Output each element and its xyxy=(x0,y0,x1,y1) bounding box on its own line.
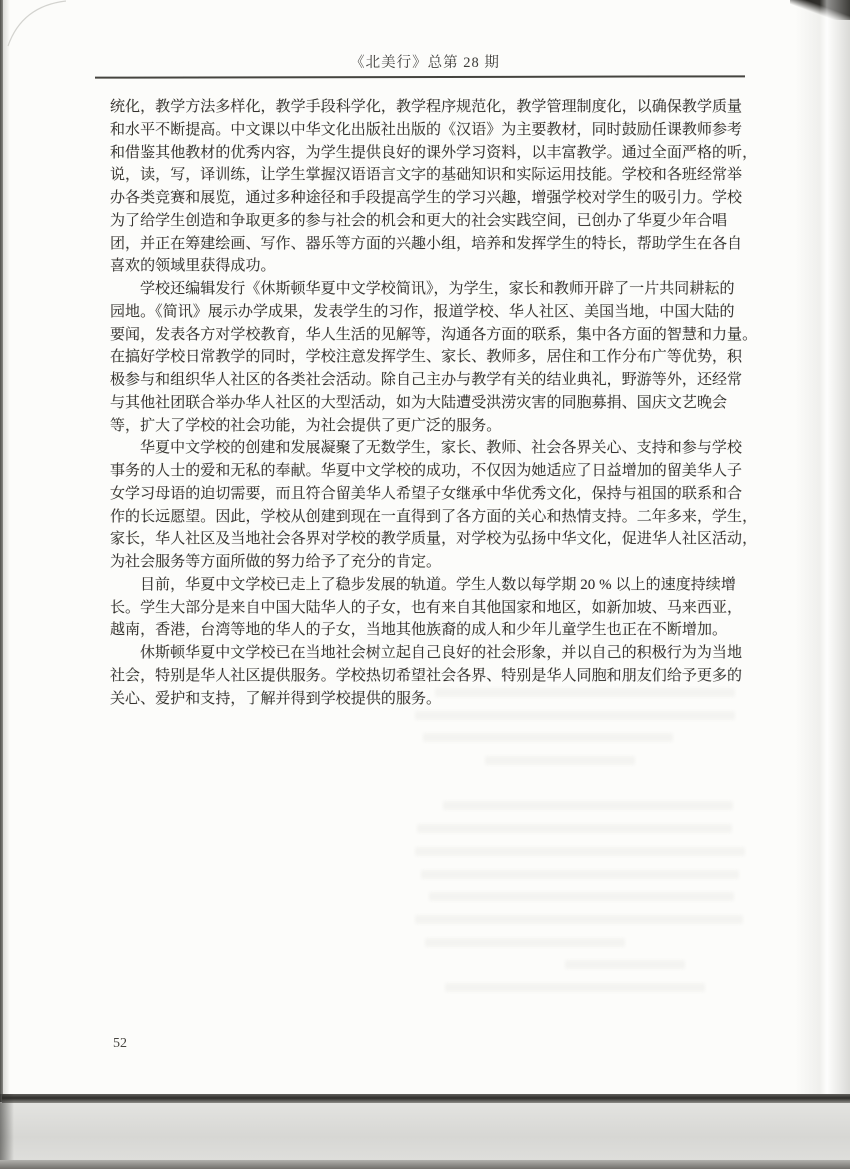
text-line: 作的长远愿望。因此，学校从创建到现在一直得到了各方面的关心和热情支持。二年多来，… xyxy=(110,506,746,529)
text-line: 办各类竞赛和展览，通过多种途径和手段提高学生的学习兴趣，增强学校对学生的吸引力。… xyxy=(110,187,746,210)
text-line: 统化，教学方法多样化，教学手段科学化，教学程序规范化，教学管理制度化，以确保教学… xyxy=(110,96,746,119)
text-line: 在搞好学校日常教学的同时，学校注意发挥学生、家长、教师多，居住和工作分布广等优势… xyxy=(110,346,746,369)
text-line: 为社会服务等方面所做的努力给予了充分的肯定。 xyxy=(110,551,746,574)
text-line: 极参与和组织华人社区的各类社会活动。除自己主办与教学有关的结业典礼，野游等外，还… xyxy=(110,369,746,392)
page-number: 52 xyxy=(113,1036,127,1052)
page: 《北美行》总第 28 期 统化，教学方法多样化，教学手段科学化，教学程序规范化，… xyxy=(0,0,850,1169)
paragraph: 目前，华夏中文学校已走上了稳步发展的轨道。学生人数以每学期 20 % 以上的速度… xyxy=(110,574,746,642)
text-line: 喜欢的领域里获得成功。 xyxy=(110,255,746,278)
text-line: 休斯顿华夏中文学校已在当地社会树立起自己良好的社会形象，并以自己的积极行为为当地 xyxy=(110,642,746,665)
header-divider-rule xyxy=(95,75,745,78)
text-line: 家长，华人社区及当地社会各界对学校的教学质量，对学校为弘扬中华文化，促进华人社区… xyxy=(110,528,746,551)
text-line: 等，扩大了学校的社会功能，为社会提供了更广泛的服务。 xyxy=(110,415,746,438)
text-line: 女学习母语的迫切需要，而且符合留美华人希望子女继承中华优秀文化，保持与祖国的联系… xyxy=(110,483,746,506)
text-line: 团，并正在筹建绘画、写作、器乐等方面的兴趣小组，培养和发挥学生的特长，帮助学生在… xyxy=(110,233,746,256)
text-line: 园地。《简讯》展示办学成果，发表学生的习作，报道学校、华人社区、美国当地，中国大… xyxy=(110,301,746,324)
article-body: 统化，教学方法多样化，教学手段科学化，教学程序规范化，教学管理制度化，以确保教学… xyxy=(110,96,746,710)
text-line: 和借鉴其他教材的优秀内容，为学生提供良好的课外学习资料，以丰富教学。通过全面严格… xyxy=(110,142,746,165)
text-line: 长。学生大部分是来自中国大陆华人的子女，也有来自其他国家和地区，如新加坡、马来西… xyxy=(110,597,746,620)
scan-corner-crease xyxy=(2,0,82,50)
bleedthrough-text-ghost xyxy=(415,688,760,1018)
text-line: 越南，香港，台湾等地的华人的子女，当地其他族裔的成人和少年儿童学生也正在不断增加… xyxy=(110,619,746,642)
text-line: 学校还编辑发行《休斯顿华夏中文学校简讯》，为学生，家长和教师开辟了一片共同耕耘的 xyxy=(110,278,746,301)
text-line: 社会，特别是华人社区提供服务。学校热切希望社会各界、特别是华人同胞和朋友们给予更… xyxy=(110,665,746,688)
text-line: 与其他社团联合举办华人社区的大型活动，如为大陆遭受洪涝灾害的同胞募捐、国庆文艺晚… xyxy=(110,392,746,415)
scan-right-shade xyxy=(795,0,850,1102)
paragraph: 统化，教学方法多样化，教学手段科学化，教学程序规范化，教学管理制度化，以确保教学… xyxy=(110,96,746,278)
scan-bottom-left-shadow xyxy=(0,1094,14,1169)
text-line: 事务的人士的爱和无私的奉献。华夏中文学校的成功，不仅因为她适应了日益增加的留美华… xyxy=(110,460,746,483)
text-line: 要闻，发表各方对学校教育，华人生活的见解等，沟通各方面的联系，集中各方面的智慧和… xyxy=(110,324,746,347)
scanner-background-band xyxy=(0,1103,850,1160)
scan-left-edge-shadow xyxy=(3,0,10,1102)
text-line: 为了给学生创造和争取更多的参与社会的机会和更大的社会实践空间，已创办了华夏少年合… xyxy=(110,210,746,233)
text-line: 和水平不断提高。中文课以中华文化出版社出版的《汉语》为主要教材，同时鼓励任课教师… xyxy=(110,119,746,142)
text-line: 华夏中文学校的创建和发展凝聚了无数学生，家长、教师、社会各界关心、支持和参与学校 xyxy=(110,437,746,460)
journal-header-title: 《北美行》总第 28 期 xyxy=(0,51,850,72)
paragraph: 学校还编辑发行《休斯顿华夏中文学校简讯》，为学生，家长和教师开辟了一片共同耕耘的… xyxy=(110,278,746,437)
scan-bottom-edge xyxy=(0,1160,850,1169)
scanned-magazine-page: { "header": { "journal_title": "《北美行》总第 … xyxy=(0,0,850,1169)
scan-page-bottom-edge xyxy=(2,1094,850,1103)
text-line: 目前，华夏中文学校已走上了稳步发展的轨道。学生人数以每学期 20 % 以上的速度… xyxy=(110,574,746,597)
text-line: 说，读，写，译训练，让学生掌握汉语语言文字的基础知识和实际运用技能。学校和各班经… xyxy=(110,164,746,187)
paragraph: 华夏中文学校的创建和发展凝聚了无数学生，家长、教师、社会各界关心、支持和参与学校… xyxy=(110,437,746,574)
